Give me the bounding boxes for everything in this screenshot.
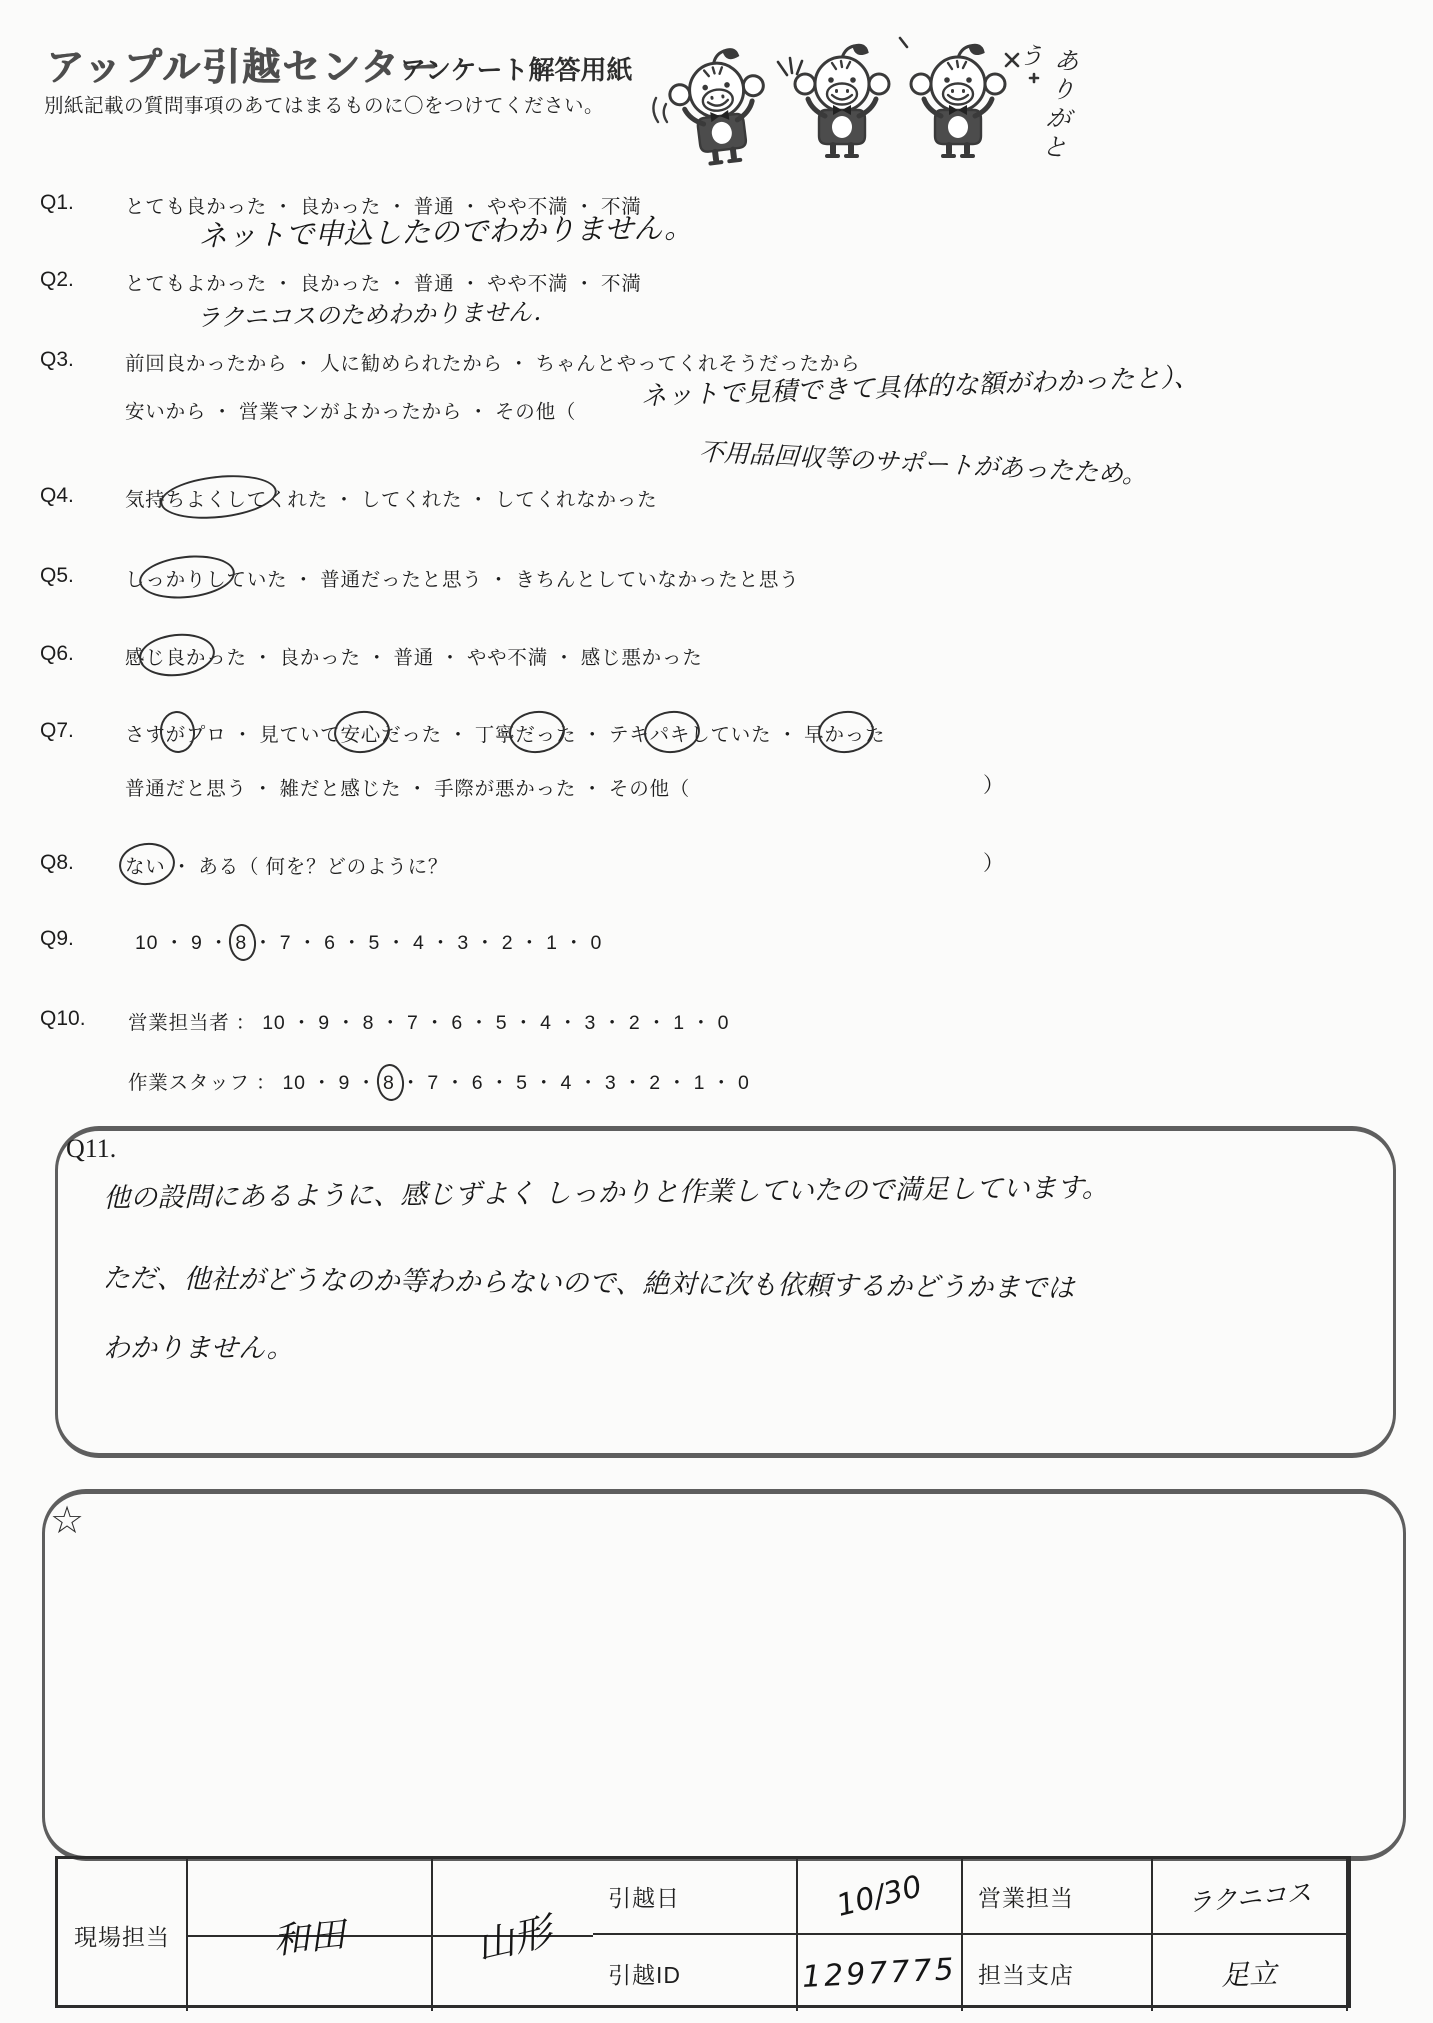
table-signature-cell: 和田 bbox=[188, 1859, 433, 2011]
option-text: ていた ・ 普通だったと思う ・ きちんとしていなかったと思う bbox=[227, 569, 800, 591]
question-label: Q5. bbox=[40, 564, 74, 588]
motion-lines-icon bbox=[653, 98, 667, 122]
table-value-branch: 足立 bbox=[1153, 1935, 1348, 2011]
question-options-row: 10 ・ 9 ・ 8 ・ 7 ・ 6 ・ 5 ・ 4 ・ 3 ・ 2 ・ 1 ・… bbox=[135, 927, 602, 955]
circled-answer: かっ bbox=[824, 719, 865, 747]
question-label: Q1. bbox=[40, 191, 74, 215]
question-label: Q7. bbox=[40, 719, 74, 743]
option-text: 安いから ・ 営業マンがよかったから ・ その他（ bbox=[125, 401, 576, 423]
option-text: た bbox=[865, 724, 885, 746]
signature: 山形 bbox=[470, 1900, 556, 1971]
question-label: Q2. bbox=[40, 268, 74, 292]
option-text: とてもよかった ・ 良かった ・ 普通 ・ やや不満 ・ 不満 bbox=[125, 273, 642, 295]
table-signature-cell: 山形 bbox=[433, 1859, 593, 2011]
question-label: Q11. bbox=[66, 1134, 116, 1164]
option-text: だった ・ 丁寧 bbox=[381, 724, 515, 746]
question-options-row: とてもよかった ・ 良かった ・ 普通 ・ やや不満 ・ 不満 bbox=[125, 268, 642, 296]
option-text: 10 ・ 9 ・ bbox=[135, 932, 235, 954]
question-options-row: 普通だと思う ・ 雑だと感じた ・ 手際が悪かった ・ その他（ bbox=[125, 773, 690, 801]
table-label-move-date: 引越日 bbox=[593, 1859, 798, 1935]
option-text: 感 bbox=[125, 647, 145, 669]
monkey-mascot-icon bbox=[650, 28, 1050, 183]
option-text: ・ ある（ 何を？どのように？ bbox=[166, 856, 449, 878]
circled-answer: パキ bbox=[650, 719, 691, 747]
handwritten-note: ネットで申込したのでわかりません。 bbox=[198, 205, 693, 255]
table-label-branch: 担当支店 bbox=[963, 1935, 1153, 2011]
circled-answer: じ良か bbox=[145, 642, 206, 670]
question-options-row: 作業スタッフ ： 10 ・ 9 ・ 8 ・ 7 ・ 6 ・ 5 ・ 4 ・ 3 … bbox=[128, 1067, 750, 1095]
handwritten-note: 不用品回収等のサポートがあったため。 bbox=[698, 432, 1148, 491]
option-text: 営業担当者 ： 10 ・ 9 ・ 8 ・ 7 ・ 6 ・ 5 ・ 4 ・ 3 ・… bbox=[128, 1012, 729, 1034]
option-text: ・ 7 ・ 6 ・ 5 ・ 4 ・ 3 ・ 2 ・ 1 ・ 0 bbox=[247, 932, 602, 954]
question-label: Q6. bbox=[40, 642, 74, 666]
circled-answer: 8 bbox=[383, 1072, 395, 1095]
circled-answer: 安心 bbox=[340, 719, 381, 747]
question-options-row: 営業担当者 ： 10 ・ 9 ・ 8 ・ 7 ・ 6 ・ 5 ・ 4 ・ 3 ・… bbox=[128, 1007, 729, 1035]
circled-answer: ない bbox=[125, 851, 166, 879]
free-comment-box bbox=[42, 1489, 1406, 1861]
circled-answer: 8 bbox=[235, 932, 247, 955]
option-text: していた ・ 早 bbox=[690, 724, 824, 746]
closing-paren: ） bbox=[983, 847, 1004, 877]
table-label-move-id: 引越ID bbox=[593, 1935, 798, 2011]
circled-answer: っかりし bbox=[145, 564, 226, 592]
question-options-row: 気持ちよくしてくれた ・ してくれた ・ してくれなかった bbox=[125, 484, 657, 512]
question-label: Q4. bbox=[40, 484, 74, 508]
question-label: Q9. bbox=[40, 927, 74, 951]
star-icon: ☆ bbox=[50, 1498, 84, 1543]
question-options-row: 安いから ・ 営業マンがよかったから ・ その他（ bbox=[125, 396, 576, 424]
question-label: Q3. bbox=[40, 348, 74, 372]
option-text: プロ ・ 見ていて bbox=[186, 724, 341, 746]
question-label: Q10. bbox=[40, 1007, 86, 1031]
circled-answer: ちよくして bbox=[166, 484, 268, 512]
sheet-type-label: アンケート解答用紙 bbox=[400, 50, 632, 87]
option-text: さす bbox=[125, 724, 166, 746]
closing-paren: ） bbox=[983, 769, 1004, 799]
handwritten-comment: わかりません。 bbox=[103, 1326, 294, 1365]
page-title: アップル引越センター bbox=[46, 36, 440, 91]
handwritten-value: ラクニコス bbox=[1186, 1873, 1313, 1920]
scanned-survey-sheet: { "colors":{"ink":"#1f1f1f","title_gray"… bbox=[0, 0, 1433, 2023]
question-options-row: 感じ良かった ・ 良かった ・ 普通 ・ やや不満 ・ 感じ悪かった bbox=[125, 642, 703, 670]
table-label-sales-rep: 営業担当 bbox=[963, 1859, 1153, 1935]
table-value-move-date: 10/30 bbox=[798, 1859, 963, 1935]
option-text: った ・ 良かった ・ 普通 ・ やや不満 ・ 感じ悪かった bbox=[206, 647, 702, 669]
option-text: ・ 7 ・ 6 ・ 5 ・ 4 ・ 3 ・ 2 ・ 1 ・ 0 bbox=[395, 1072, 750, 1094]
table-value-move-id: 1297775 bbox=[798, 1935, 963, 2011]
circled-answer: が bbox=[166, 719, 186, 747]
option-text: し bbox=[125, 569, 145, 591]
signature: 和田 bbox=[271, 1906, 348, 1964]
instruction-text: 別紙記載の質問事項のあてはまるものに〇をつけてください。 bbox=[44, 90, 604, 118]
handwritten-note: ラクニコスのためわかりません． bbox=[196, 292, 558, 333]
table-label-site-crew: 現場担当 bbox=[58, 1859, 188, 2011]
question-options-row: ない ・ ある（ 何を？どのように？ bbox=[125, 851, 448, 879]
option-text: 作業スタッフ ： 10 ・ 9 ・ bbox=[128, 1072, 383, 1094]
table-value-sales-rep: ラクニコス bbox=[1153, 1859, 1348, 1935]
circled-answer: だっ bbox=[515, 719, 556, 747]
footer-table: 引越日 10/30 営業担当 ラクニコス 現場担当 和田 山形 引越ID 129… bbox=[55, 1856, 1351, 2008]
option-text: 普通だと思う ・ 雑だと感じた ・ 手際が悪かった ・ その他（ bbox=[125, 778, 690, 800]
question-options-row: しっかりしていた ・ 普通だったと思う ・ きちんとしていなかったと思う bbox=[125, 564, 800, 592]
option-text: た ・ テキ bbox=[556, 724, 650, 746]
question-options-row: さすがプロ ・ 見ていて安心だった ・ 丁寧だった ・ テキパキしていた ・ 早… bbox=[125, 719, 885, 747]
handwritten-value: 10/30 bbox=[833, 1869, 925, 1924]
option-text: くれた ・ してくれた ・ してくれなかった bbox=[267, 489, 657, 511]
handwritten-value: 1297775 bbox=[801, 1951, 957, 1994]
handwritten-value: 足立 bbox=[1221, 1952, 1278, 1994]
option-text: 気持 bbox=[125, 489, 166, 511]
question-label: Q8. bbox=[40, 851, 74, 875]
